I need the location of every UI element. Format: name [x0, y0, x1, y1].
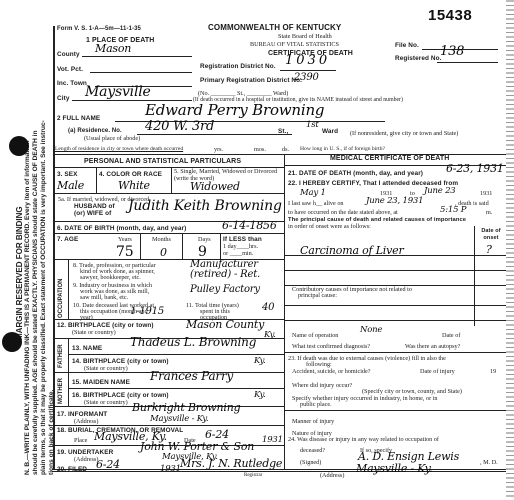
city-value: Maysville: [85, 84, 151, 100]
operation-date-label: Date of: [442, 332, 460, 339]
form-number: Form V. S. 1-A—5m—11-1-35: [57, 26, 141, 32]
mother-side-divider: [68, 372, 69, 406]
injury-year: 19: [490, 368, 496, 375]
filed-label: 20. FILED: [57, 466, 87, 473]
spouse-value: Judith Keith Browning: [128, 198, 282, 214]
dob-value: 6-14-1856: [222, 219, 277, 232]
registered-no-label: Registered No.: [395, 55, 442, 62]
inc-town-label: Inc. Town: [57, 80, 87, 87]
test-label: What test confirmed diagnosis?: [292, 343, 370, 350]
external-causes-label-2: following:: [306, 361, 332, 368]
sex-color-divider: [96, 167, 97, 193]
time-of-death-value: 5:15 P: [440, 205, 466, 215]
physician-address-label: (Address): [320, 472, 344, 479]
residence-sublabel: (Usual place of abode): [84, 135, 140, 142]
instructions-line-1: N. B.—WRITE PLAINLY, WITH UNFADING INK—T…: [24, 141, 32, 475]
length-ds: ds.: [282, 146, 289, 153]
dob-row-rule: [54, 233, 284, 234]
registrar-value: Mrs. J. N. Rutledge: [180, 457, 282, 470]
county-value: Mason: [95, 42, 131, 55]
disease-occupation-label-2: deceased?: [300, 447, 325, 454]
mother-maiden-label: 15. MAIDEN NAME: [72, 379, 130, 386]
full-name-label: 2 FULL NAME: [57, 115, 100, 122]
registrar-label: Registrar: [244, 473, 262, 478]
vot-pct-line: [90, 72, 192, 73]
file-no-label: File No.: [395, 42, 419, 49]
father-name-rule: [68, 354, 284, 355]
color-label: 4. COLOR OR RACE: [99, 171, 162, 178]
residence-st-label: St.,: [278, 128, 288, 135]
spouse-label-wife: (or) WIFE of: [74, 210, 111, 217]
father-birthplace-label: 14. BIRTHPLACE (city or town): [72, 358, 169, 365]
contributory-label-2: principal cause:: [298, 292, 337, 299]
last-saw-label: I last saw h__ alive on: [288, 200, 344, 207]
informant-label: 17. INFORMANT: [57, 411, 107, 418]
dob-label: 6. DATE OF BIRTH (month, day, and year): [57, 225, 186, 232]
form-left-border: [53, 26, 55, 469]
burial-place-label: Place: [74, 437, 87, 444]
ward-label: Ward: [322, 128, 338, 135]
birthplace-value: Mason County: [186, 318, 264, 331]
attended-to-year: 1931: [480, 190, 492, 197]
age-label: 7. AGE: [57, 236, 78, 243]
operation-value: None: [360, 325, 382, 335]
commonwealth-heading: COMMONWEALTH OF KENTUCKY: [208, 23, 341, 32]
instructions-line-3: plain terms, so that it may be properly …: [40, 120, 48, 475]
medical-section-title: MEDICAL CERTIFICATE OF DEATH: [330, 155, 449, 162]
sex-label: 3. SEX: [57, 171, 78, 178]
principal-cause-label-2: in order of onset were as follows:: [288, 223, 371, 230]
last-worked-value: 1-1915: [130, 306, 164, 317]
occurred-label: to have occurred on the date stated abov…: [288, 209, 398, 216]
accident-label: Accident, suicide, or homicide?: [292, 368, 371, 375]
less-than-hrs: 1 day____hrs.: [223, 243, 258, 250]
trade-value: Manufacturer (retired) - Ret.: [190, 260, 284, 280]
no-st-ward-label: (No. ________ St., ________ Ward): [198, 90, 288, 97]
days-divider: [220, 233, 221, 259]
certificate-number: 15438: [428, 7, 472, 24]
full-name-value: Edward Perry Browning: [145, 101, 324, 119]
personal-section-title: PERSONAL AND STATISTICAL PARTICULARS: [84, 158, 241, 165]
physician-address-value: Maysville - Ky.: [356, 462, 432, 475]
sex-value: Male: [57, 179, 84, 192]
mother-birthplace-sublabel: (State or country): [84, 399, 128, 406]
undertaker-label: 19. UNDERTAKER: [57, 449, 113, 456]
father-birthplace-value: Ky.: [254, 356, 266, 366]
instructions-line-2: should be carefully supplied. AGE should…: [32, 130, 40, 475]
mother-maiden-rule: [68, 388, 284, 389]
last-saw-value: June 23, 1931: [366, 196, 423, 206]
mother-birthplace-label: 16. BIRTHPLACE (city or town): [72, 392, 169, 399]
residence-value: 420 W. 3rd: [145, 119, 214, 134]
primary-district-value: 2390: [294, 72, 319, 83]
color-marital-divider: [171, 167, 172, 193]
father-name-label: 13. NAME: [72, 345, 102, 352]
length-mos: mos.: [254, 146, 266, 153]
onset-column-divider: [474, 226, 475, 326]
birthplace-sublabel: (State or country): [72, 329, 116, 336]
registration-district-label: Registration District No.: [200, 63, 276, 70]
cause-line-5: [284, 320, 506, 321]
binding-margin-label: MARGIN RESERVED FOR BINDING: [16, 206, 24, 340]
disease-occupation-label-1: 24. Was disease or injury in any way rel…: [288, 436, 439, 443]
onset-value: ?: [486, 243, 492, 256]
specify-injury-label-2: public place.: [300, 401, 332, 408]
industry-label-3: saw mill, bank, etc.: [80, 294, 128, 301]
undertaker-sublabel: (Address): [74, 456, 98, 463]
principal-cause-value: Carcinoma of Liver: [300, 244, 404, 257]
less-than-label: If LESS than: [223, 236, 262, 243]
length-yrs: yrs.: [214, 146, 223, 153]
informant-sublabel: (Address): [74, 418, 98, 425]
sex-row-rule: [54, 193, 284, 194]
bureau-vital-statistics: BUREAU OF VITAL STATISTICS: [250, 41, 339, 48]
residence-label: (a) Residence. No.: [68, 128, 122, 134]
nonresident-note: (If nonresident, give city or town and S…: [350, 130, 458, 137]
occupation-side-divider: [68, 259, 69, 319]
occupation-side-label: OCCUPATION: [58, 279, 64, 318]
informant-value: Burkright Browning: [132, 401, 240, 414]
trade-label-3: sawyer, bookkeeper, etc.: [80, 274, 141, 281]
mother-birthplace-value: Ky.: [254, 390, 266, 400]
attended-to-value: June 23: [424, 186, 456, 196]
city-label: City: [57, 95, 69, 102]
right-scan-edge: [506, 0, 514, 500]
days-label: Days: [198, 236, 211, 243]
autopsy-label: Was there an autopsy?: [405, 343, 460, 350]
informant-rule: [54, 425, 284, 426]
binding-hole-bottom: [2, 332, 22, 352]
years-label: Years: [118, 236, 132, 243]
filed-date-value: 6-24: [96, 458, 120, 471]
father-birthplace-sublabel: (State or country): [84, 365, 128, 372]
father-side-divider: [68, 338, 69, 372]
burial-year-value: 1931: [262, 435, 283, 445]
binding-hole-top: [9, 136, 29, 156]
industry-value: Pulley Factory: [190, 284, 260, 295]
primary-district-label: Primary Registration District No.: [200, 77, 302, 84]
length-residence-label: Length of residence in city or town wher…: [55, 146, 183, 152]
attended-from-value: May 1: [300, 188, 326, 198]
registration-district-line: [280, 70, 336, 71]
where-injury-label: Where did injury occur?: [292, 382, 352, 389]
date-of-death-value: 6-23, 1931: [446, 162, 504, 175]
months-divider: [182, 233, 183, 259]
father-name-value: Thadeus L. Browning: [130, 335, 256, 349]
years-value: 75: [116, 244, 133, 260]
board-of-health: State Board of Health: [278, 33, 332, 40]
residence-line: [137, 134, 292, 135]
signed-label: (Signed): [300, 459, 321, 466]
specify-rule: [284, 410, 506, 411]
county-line: [82, 56, 192, 57]
date-of-onset-label: Date of onset: [478, 228, 504, 242]
ward-value: 1st: [306, 120, 319, 130]
operation-label: Name of operation: [292, 332, 338, 339]
days-value: 9: [198, 244, 207, 260]
color-value: White: [118, 179, 150, 192]
autopsy-rule: [284, 352, 506, 353]
registered-no-value: 138: [440, 44, 464, 59]
county-label: County: [57, 51, 80, 58]
manner-injury-label: Manner of injury: [292, 418, 334, 425]
total-time-value: 40: [262, 302, 274, 313]
less-than-min: or ____min.: [223, 250, 253, 257]
registered-no-line: [437, 62, 498, 63]
birthplace-label: 12. BIRTHPLACE (city or town): [57, 322, 154, 329]
foreign-birth-label: How long in U. S., if of foreign birth?: [300, 146, 385, 152]
marital-value: Widowed: [190, 180, 240, 193]
date-of-death-label: 21. DATE OF DEATH (month, day, and year): [288, 170, 423, 177]
mother-side-label: MOTHER: [58, 378, 64, 404]
filed-year-value: 1931: [160, 464, 181, 474]
cause-line-2: [284, 270, 506, 271]
registration-district-value: 1030: [285, 53, 330, 68]
md-label: , M. D.: [480, 459, 498, 466]
months-value: 0: [160, 246, 167, 259]
injury-date-label: Date of injury: [420, 368, 455, 375]
age-years-divider: [140, 233, 141, 259]
where-injury-sub: (Specify city or town, county, and State…: [362, 388, 462, 395]
spouse-label-husband: HUSBAND of: [74, 203, 115, 210]
vot-pct-label: Vot. Pct.: [57, 66, 83, 73]
column-divider: [284, 154, 285, 469]
time-suffix: m.: [486, 209, 492, 216]
father-side-label: FATHER: [58, 344, 64, 368]
mother-maiden-value: Frances Parry: [150, 369, 233, 383]
cause-line-4: [284, 305, 506, 306]
informant-address: Maysville - Ky.: [150, 414, 208, 424]
months-label: Months: [152, 236, 171, 243]
